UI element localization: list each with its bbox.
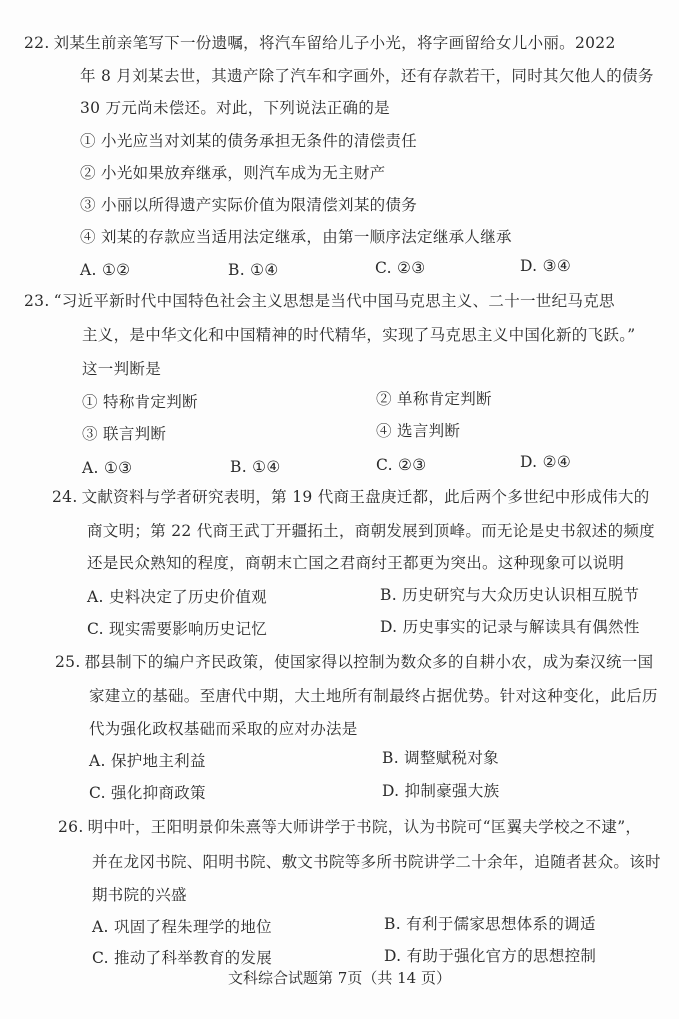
question-23-statement-2: ② 单称肯定判断 [376,389,492,409]
question-25-stem-line-2: 家建立的基础。至唐代中期，大土地所有制最终占据优势。针对这种变化，此后历 [89,686,658,706]
question-22-stem-line-3: 30 万元尚未偿还。对此，下列说法正确的是 [80,98,390,118]
question-25-stem-line-3: 代为强化政权基础而采取的应对办法是 [89,719,358,739]
question-23-stem-line-3: 这一判断是 [82,359,161,379]
question-24-stem-line-3: 还是民众熟知的程度，商朝末亡国之君商纣王都更为突出。这种现象可以说明 [87,553,624,573]
question-22-option-a: A. ①② [80,260,130,280]
question-25-option-b: B. 调整赋税对象 [382,748,499,768]
question-number: 24. [52,487,78,507]
question-22-option-d: D. ③④ [520,256,571,276]
page-footer: 文科综合试题第 7页（共 14 页） [0,968,679,988]
question-22-stem-line-2: 年 8 月刘某去世，其遗产除了汽车和字画外，还有存款若干，同时其欠他人的债务 [80,66,654,86]
question-24-stem-line-1: 24.文献资料与学者研究表明，第 19 代商王盘庚迁都，此后两个多世纪中形成伟大… [52,487,650,507]
question-23-option-b: B. ①④ [230,457,281,477]
question-23-option-a: A. ①③ [82,458,132,478]
question-24-option-b: B. 历史研究与大众历史认识相互脱节 [380,585,639,605]
question-number: 22. [24,33,50,53]
question-22-option-c: C. ②③ [375,258,425,278]
question-22-statement-2: ② 小光如果放弃继承，则汽车成为无主财产 [80,163,385,183]
question-23-statement-3: ③ 联言判断 [82,424,166,444]
question-26-option-a: A. 巩固了程朱理学的地位 [92,917,272,937]
question-23-stem-line-2: 主义，是中华文化和中国精神的时代精华，实现了马克思主义中国化新的飞跃。” [82,325,635,345]
question-number: 23. [24,291,50,311]
question-26-stem-line-1: 26.明中叶，王阳明景仰朱熹等大师讲学于书院，认为书院可“匡翼夫学校之不逮”， [58,817,641,837]
question-number: 25. [55,652,81,672]
question-25-option-a: A. 保护地主利益 [89,751,206,771]
question-26-stem-line-3: 期书院的兴盛 [92,885,187,905]
question-22-stem-line-1: 22.刘某生前亲笔写下一份遗嘱，将汽车留给儿子小光，将字画留给女儿小丽。2022 [24,33,616,53]
question-26-option-b: B. 有利于儒家思想体系的调适 [384,914,596,934]
question-22-statement-4: ④ 刘某的存款应当适用法定继承，由第一顺序法定继承人继承 [80,227,512,247]
question-25-option-c: C. 强化抑商政策 [89,783,206,803]
question-22-statement-1: ① 小光应当对刘某的债务承担无条件的清偿责任 [80,131,417,151]
question-22-option-b: B. ①④ [228,260,279,280]
question-25-stem-line-1: 25.郡县制下的编户齐民政策，使国家得以控制为数众多的自耕小农，成为秦汉统一国 [55,652,653,672]
exam-page: 22.刘某生前亲笔写下一份遗嘱，将汽车留给儿子小光，将字画留给女儿小丽。2022… [0,0,679,1019]
question-23-statement-1: ① 特称肯定判断 [82,392,198,412]
question-22-statement-3: ③ 小丽以所得遗产实际价值为限清偿刘某的债务 [80,195,417,215]
question-number: 26. [58,817,84,837]
question-25-option-d: D. 抑制豪强大族 [382,781,499,801]
question-23-option-c: C. ②③ [376,455,426,475]
question-24-option-a: A. 史料决定了历史价值观 [87,587,267,607]
question-23-stem-line-1: 23.“习近平新时代中国特色社会主义思想是当代中国马克思主义、二十一世纪马克思 [24,291,615,311]
question-26-option-c: C. 推动了科举教育的发展 [92,948,272,968]
question-24-option-c: C. 现实需要影响历史记忆 [87,619,267,639]
question-26-option-d: D. 有助于强化官方的思想控制 [384,946,596,966]
question-23-statement-4: ④ 选言判断 [376,421,460,441]
question-24-option-d: D. 历史事实的记录与解读具有偶然性 [380,617,640,637]
question-26-stem-line-2: 并在龙冈书院、阳明书院、敷文书院等多所书院讲学二十余年，追随者甚众。该时 [92,852,661,872]
question-24-stem-line-2: 商文明；第 22 代商王武丁开疆拓土，商朝发展到顶峰。而无论是史书叙述的频度 [87,521,655,541]
question-23-option-d: D. ②④ [520,452,571,472]
